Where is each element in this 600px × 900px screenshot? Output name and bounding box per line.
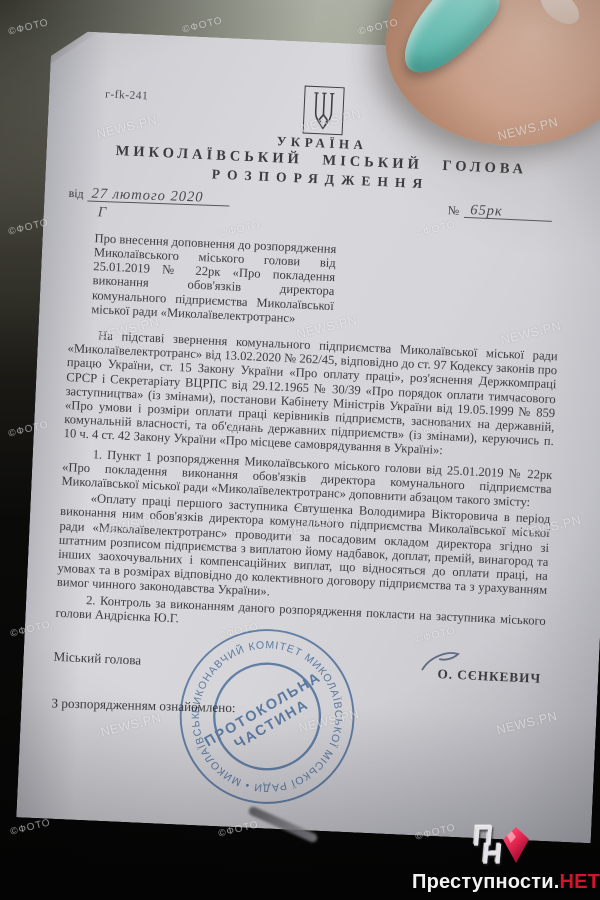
- photo-of-document: { "photo": { "code": "г-fk-241", "corner…: [0, 0, 600, 900]
- date-prefix-label: від: [68, 186, 84, 201]
- date-field: від 27 лютого 2020: [68, 185, 230, 207]
- document-sheet: г-fk-241 Г УКРАЇНА МИКОЛАЇВСЬКИЙ МІСЬКИЙ…: [16, 30, 600, 843]
- news-site-logo: П Н Преступности.НЕТ: [412, 822, 588, 894]
- handwritten-number: 65рк: [464, 203, 553, 222]
- number-prefix-label: №: [447, 203, 459, 218]
- logo-wordmark-white: Преступности.: [412, 871, 559, 893]
- logo-wordmark-red: НЕТ: [559, 871, 600, 893]
- logo-letter-n: Н: [481, 840, 504, 868]
- number-field: № 65рк: [447, 202, 552, 222]
- trident-icon: [308, 90, 340, 131]
- foto-watermark: ©ФОТО: [181, 15, 224, 36]
- foto-watermark: ©ФОТО: [7, 17, 50, 38]
- logo-red-gem-icon: [503, 827, 529, 863]
- handwritten-date: 27 лютого 2020: [87, 186, 229, 206]
- preamble-paragraph: На підставі звернення комунального підпр…: [63, 327, 558, 463]
- ukraine-trident-emblem-icon: [303, 86, 345, 136]
- logo-wordmark: Преступности.НЕТ: [412, 871, 588, 894]
- logo-icon: П Н: [465, 822, 535, 870]
- signer-title: Міський голова: [53, 650, 141, 668]
- protocol-round-stamp: ВИКОНАВЧИЙ КОМІТЕТ МИКОЛАЇВСЬКОЇ МІСЬКОЇ…: [167, 616, 368, 817]
- handwritten-tick-mark: [419, 647, 466, 675]
- foto-watermark: ©ФОТО: [9, 817, 52, 838]
- subject-paragraph: Про внесення доповнення до розпорядження…: [91, 231, 337, 327]
- item-1-quote-paragraph: «Оплату праці першого заступника Євтушен…: [57, 490, 551, 612]
